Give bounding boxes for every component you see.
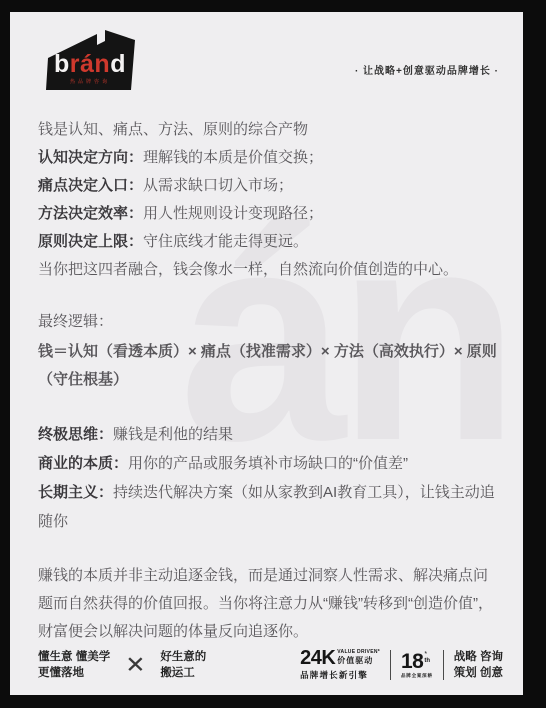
badge-18th: 18 * th 品牌全案深耕 xyxy=(401,652,433,679)
photo-frame: án bránd 热品牌咨询 · 让战略+创意驱动品牌增长 · 钱是认知、痛点、… xyxy=(0,0,546,708)
brand-logo: bránd 热品牌咨询 xyxy=(38,28,142,92)
point-line: 认知决定方向：理解钱的本质是价值交换； xyxy=(38,144,499,172)
point-line: 痛点决定入口：从需求缺口切入市场； xyxy=(38,172,499,200)
closing-paragraph: 赚钱的本质并非主动追逐金钱，而是通过洞察人性需求、解决痛点问题而自然获得的价值回… xyxy=(38,562,499,646)
intro-line: 钱是认知、痛点、方法、原则的综合产物 xyxy=(38,116,499,144)
slogan-primary: 懂生意 懂美学 更懂落地 xyxy=(38,649,110,681)
point-line: 方法决定效率：用人性规则设计变现路径； xyxy=(38,200,499,228)
badge-24k: 24K VALUE DRIVEN* 价值驱动 品牌增长新引擎 xyxy=(300,649,380,681)
poster-card: án bránd 热品牌咨询 · 让战略+创意驱动品牌增长 · 钱是认知、痛点、… xyxy=(10,12,523,695)
footer-credentials: 24K VALUE DRIVEN* 价值驱动 品牌增长新引擎 18 * xyxy=(300,649,503,681)
principle-line: 长期主义：持续迭代解决方案（如从家教到AI教育工具），让钱主动追随你 xyxy=(38,478,499,536)
logo-wordmark: bránd xyxy=(38,52,142,77)
principle-line: 终极思维：赚钱是利他的结果 xyxy=(38,420,499,449)
footer-slogans: 懂生意 懂美学 更懂落地 ✕ 好生意的 搬运工 xyxy=(38,649,206,681)
principles-section: 终极思维：赚钱是利他的结果 商业的本质：用你的产品或服务填补市场缺口的“价值差”… xyxy=(38,420,499,536)
point-line: 原则决定上限：守住底线才能走得更远。 xyxy=(38,228,499,256)
final-logic-label: 最终逻辑： xyxy=(38,308,499,336)
footer-divider xyxy=(390,650,391,680)
services-list: 战略 咨询 策划 创意 xyxy=(454,649,503,681)
final-logic-section: 最终逻辑： 钱＝认知（看透本质）× 痛点（找准需求）× 方法（高效执行）× 原则… xyxy=(38,308,499,394)
footer: 懂生意 懂美学 更懂落地 ✕ 好生意的 搬运工 24K VALUE DRIVEN… xyxy=(38,649,503,681)
header: bránd 热品牌咨询 · 让战略+创意驱动品牌增长 · xyxy=(38,28,499,92)
logo-subtext: 热品牌咨询 xyxy=(38,78,142,85)
slogan-secondary: 好生意的 搬运工 xyxy=(160,649,206,681)
summary-line: 当你把这四者融合，钱会像水一样，自然流向价值创造的中心。 xyxy=(38,256,499,284)
final-logic-formula: 钱＝认知（看透本质）× 痛点（找准需求）× 方法（高效执行）× 原则（守住根基） xyxy=(38,338,499,394)
header-tagline: · 让战略+创意驱动品牌增长 · xyxy=(355,62,499,77)
money-definition-section: 钱是认知、痛点、方法、原则的综合产物 认知决定方向：理解钱的本质是价值交换； 痛… xyxy=(38,116,499,284)
principle-line: 商业的本质：用你的产品或服务填补市场缺口的“价值差” xyxy=(38,449,499,478)
cross-icon: ✕ xyxy=(125,651,145,679)
footer-divider xyxy=(443,650,444,680)
